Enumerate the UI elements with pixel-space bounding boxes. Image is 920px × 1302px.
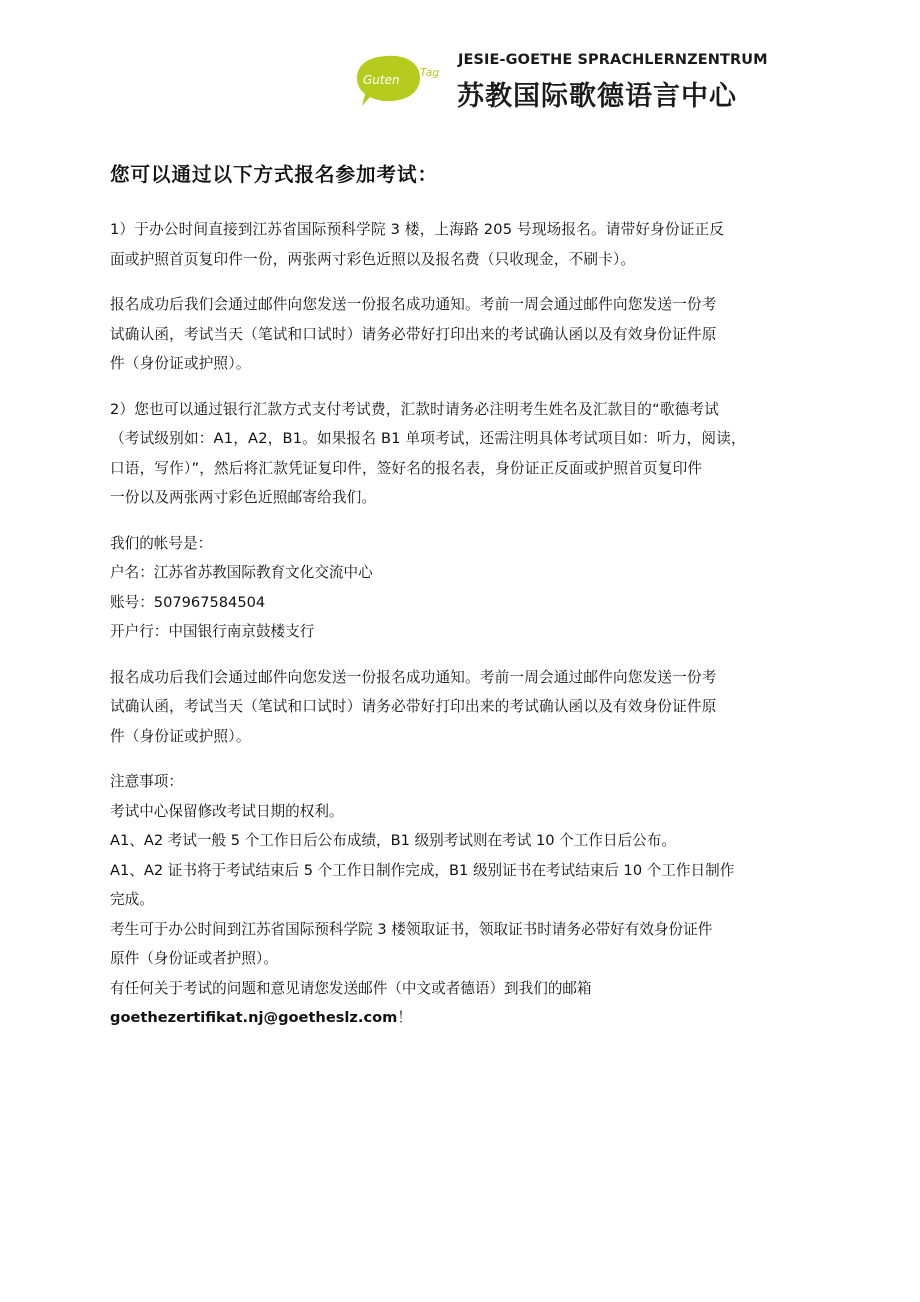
text-line: 试确认函，考试当天（笔试和口试时）请务必带好打印出来的考试确认函以及有效身份证件… xyxy=(110,692,830,722)
letterhead: Guten Tag JESIE-GOETHE SPRACHLERNZENTRUM… xyxy=(356,50,826,112)
section-2-bank-transfer: 2）您也可以通过银行汇款方式支付考试费，汇款时请务必注明考生姓名及汇款目的“歌德… xyxy=(110,395,830,513)
note-line: 考生可于办公时间到江苏省国际预科学院 3 楼领取证书，领取证书时请务必带好有效身… xyxy=(110,915,830,945)
logo-text-tag: Tag xyxy=(420,66,439,79)
notes-section: 注意事项： 考试中心保留修改考试日期的权利。 A1、A2 考试一般 5 个工作日… xyxy=(110,767,830,1033)
email-suffix: ！ xyxy=(397,1009,412,1026)
page-title: 您可以通过以下方式报名参加考试： xyxy=(110,160,830,190)
text-line: 试确认函，考试当天（笔试和口试时）请务必带好打印出来的考试确认函以及有效身份证件… xyxy=(110,320,830,350)
contact-email-line: goethezertifikat.nj@goetheslz.com！ xyxy=(110,1003,830,1033)
note-line: 完成。 xyxy=(110,885,830,915)
notice-paragraph-2: 报名成功后我们会通过邮件向您发送一份报名成功通知。考前一周会通过邮件向您发送一份… xyxy=(110,663,830,752)
text-line: （考试级别如：A1，A2，B1。如果报名 B1 单项考试，还需注明具体考试项目如… xyxy=(110,424,830,454)
text-line: 报名成功后我们会通过邮件向您发送一份报名成功通知。考前一周会通过邮件向您发送一份… xyxy=(110,290,830,320)
note-line: 考试中心保留修改考试日期的权利。 xyxy=(110,797,830,827)
bank-account-info: 我们的帐号是： 户名：江苏省苏教国际教育文化交流中心 账号：5079675845… xyxy=(110,529,830,647)
note-line: 原件（身份证或者护照）。 xyxy=(110,944,830,974)
text-line: 1）于办公时间直接到江苏省国际预科学院 3 楼，上海路 205 号现场报名。请带… xyxy=(110,215,830,245)
document-body: 您可以通过以下方式报名参加考试： 1）于办公时间直接到江苏省国际预科学院 3 楼… xyxy=(110,160,830,1033)
account-holder-name: 户名：江苏省苏教国际教育文化交流中心 xyxy=(110,558,830,588)
account-intro: 我们的帐号是： xyxy=(110,529,830,559)
text-line: 件（身份证或护照）。 xyxy=(110,349,830,379)
text-line: 件（身份证或护照）。 xyxy=(110,722,830,752)
text-line: 一份以及两张两寸彩色近照邮寄给我们。 xyxy=(110,483,830,513)
text-line: 面或护照首页复印件一份，两张两寸彩色近照以及报名费（只收现金，不刷卡）。 xyxy=(110,245,830,275)
text-line: 报名成功后我们会通过邮件向您发送一份报名成功通知。考前一周会通过邮件向您发送一份… xyxy=(110,663,830,693)
guten-tag-logo: Guten Tag xyxy=(356,52,448,112)
contact-email-link[interactable]: goethezertifikat.nj@goetheslz.com xyxy=(110,1009,397,1026)
note-line: A1、A2 考试一般 5 个工作日后公布成绩，B1 级别考试则在考试 10 个工… xyxy=(110,826,830,856)
account-number: 账号：507967584504 xyxy=(110,588,830,618)
org-name-english: JESIE-GOETHE SPRACHLERNZENTRUM xyxy=(458,52,768,68)
note-line: 有任何关于考试的问题和意见请您发送邮件（中文或者德语）到我们的邮箱 xyxy=(110,974,830,1004)
logo-text-guten: Guten xyxy=(363,73,400,87)
text-line: 2）您也可以通过银行汇款方式支付考试费，汇款时请务必注明考生姓名及汇款目的“歌德… xyxy=(110,395,830,425)
notes-heading: 注意事项： xyxy=(110,767,830,797)
text-line: 口语，写作）”，然后将汇款凭证复印件，签好名的报名表，身份证正反面或护照首页复印… xyxy=(110,454,830,484)
note-line: A1、A2 证书将于考试结束后 5 个工作日制作完成，B1 级别证书在考试结束后… xyxy=(110,856,830,886)
speech-bubble-logo-icon: Guten Tag xyxy=(356,52,448,112)
notice-paragraph-1: 报名成功后我们会通过邮件向您发送一份报名成功通知。考前一周会通过邮件向您发送一份… xyxy=(110,290,830,379)
section-1-onsite-registration: 1）于办公时间直接到江苏省国际预科学院 3 楼，上海路 205 号现场报名。请带… xyxy=(110,215,830,274)
org-name-chinese: 苏教国际歌德语言中心 xyxy=(457,74,737,113)
account-bank: 开户行：中国银行南京鼓楼支行 xyxy=(110,617,830,647)
